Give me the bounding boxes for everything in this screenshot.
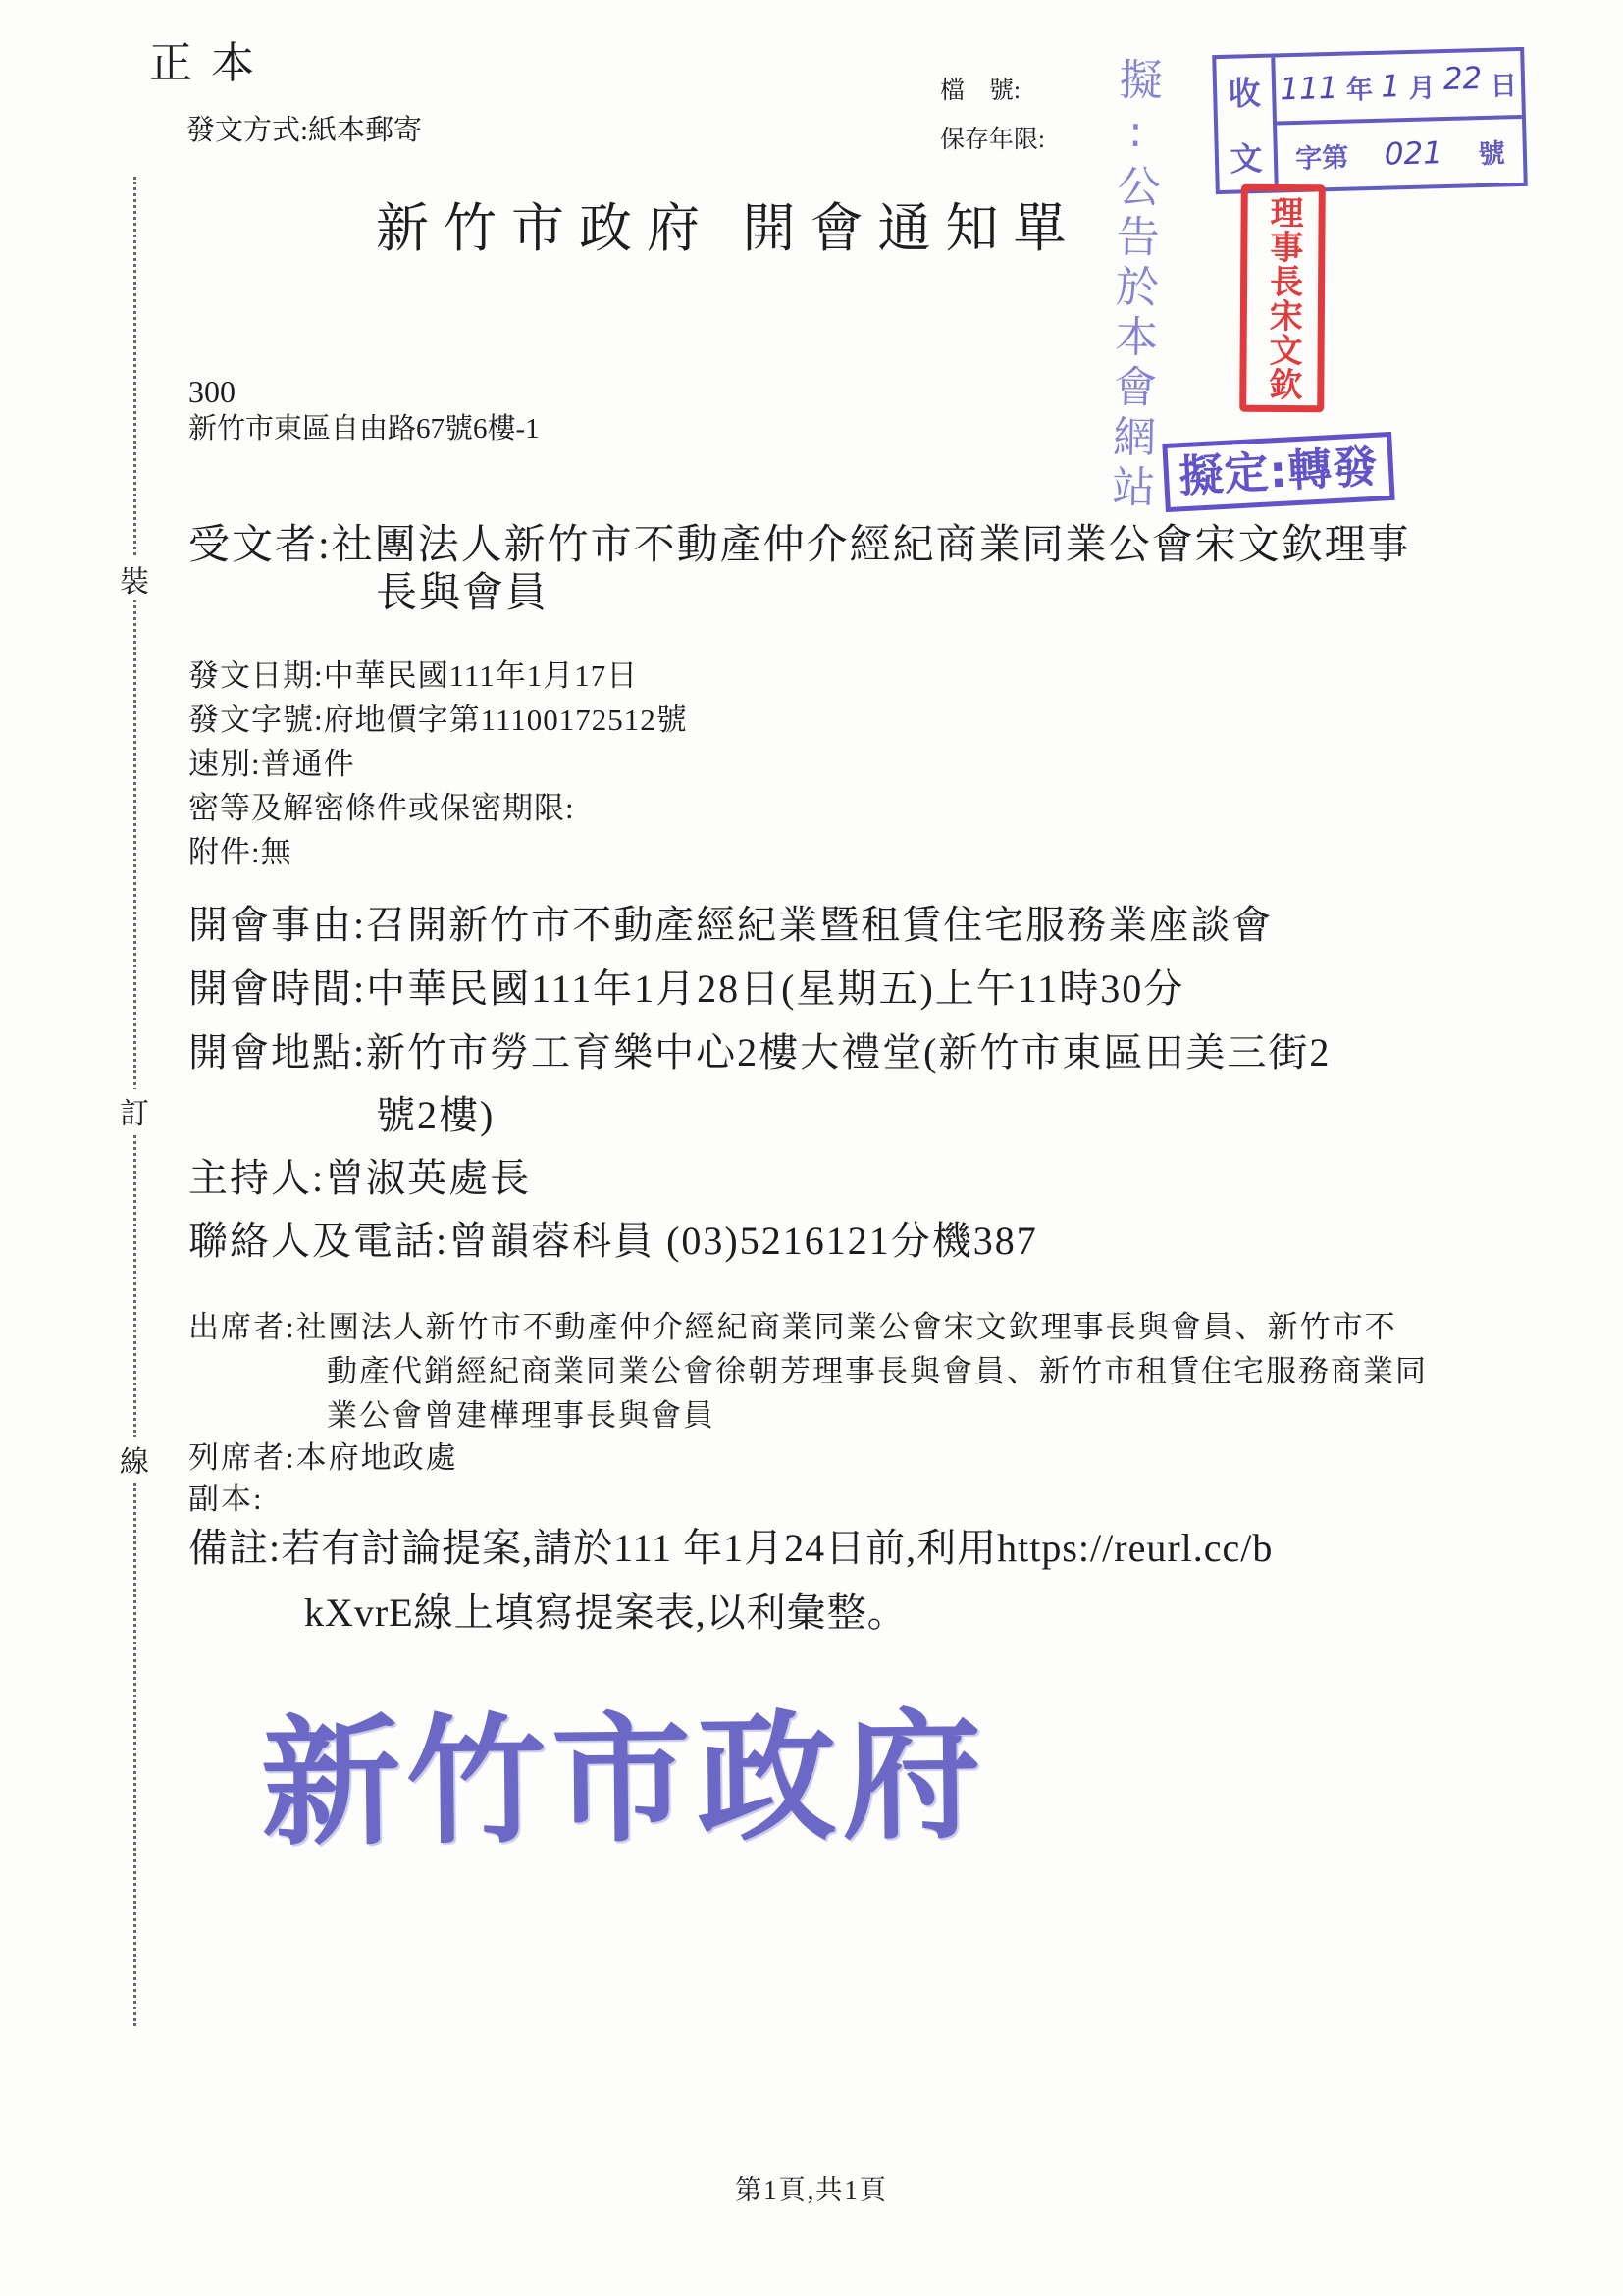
attachment-note: 附件:無 [188, 830, 688, 874]
receipt-stamp-date-row: 111 年 1 月 22 日 [1275, 51, 1522, 126]
receipt-stamp-label: 收 文 [1216, 58, 1278, 191]
recipient-line2: 長與會員 [376, 560, 549, 619]
page-number-footer: 第1頁,共1頁 [0, 2168, 1623, 2207]
binding-mark-ding: 訂 [108, 1089, 161, 1132]
chairman-name-seal: 理事長宋文欽 [1239, 184, 1326, 413]
receipt-year-value: 111 [1280, 70, 1338, 107]
receipt-date-stamp: 收 文 111 年 1 月 22 日 字第 021 號 [1212, 47, 1528, 194]
meeting-chairperson: 主持人:曾淑英處長 [188, 1147, 531, 1203]
meeting-location-line1: 開會地點:新竹市勞工育樂中心2樓大禮堂(新竹市東區田美三街2 [188, 1021, 1331, 1077]
postal-code: 300 [188, 374, 236, 410]
meeting-subject: 開會事由:召開新竹市不動產經紀業暨租賃住宅服務業座談會 [188, 894, 1273, 950]
copy-type-label: 正 本 [149, 27, 258, 90]
receipt-number-value: 021 [1384, 135, 1442, 173]
receipt-stamp-char-shou: 收 [1228, 68, 1261, 115]
document-number: 發文字號:府地價字第11100172512號 [188, 698, 688, 742]
receipt-stamp-char-wen: 文 [1230, 133, 1263, 181]
receipt-day-value: 22 [1442, 61, 1482, 97]
delivery-method-label: 發文方式:紙本郵寄 [186, 108, 422, 148]
recipient-line1: 受文者:社團法人新竹市不動產仲介經紀商業同業公會宋文欽理事 [188, 512, 1411, 571]
document-page: 裝 訂 線 正 本 發文方式:紙本郵寄 檔 號: 保存年限: 新竹市政府 開會通… [0, 0, 1623, 2296]
retention-period-label: 保存年限: [940, 120, 1045, 155]
document-title: 新竹市政府 開會通知單 [376, 186, 1081, 262]
cc-label: 副本: [188, 1474, 264, 1518]
attendees-line2: 動產代銷經紀商業同業公會徐朝芳理事長與會員、新竹市租賃住宅服務商業同 [327, 1346, 1428, 1390]
receipt-stamp-number-row: 字第 021 號 [1277, 119, 1524, 189]
observers-line: 列席者:本府地政處 [188, 1433, 458, 1477]
receipt-stamp-fields: 111 年 1 月 22 日 字第 021 號 [1275, 51, 1523, 188]
security-class: 密等及解密條件或保密期限: [188, 786, 688, 830]
handwritten-note-vertical: 擬:公告於本會網站 [1097, 56, 1168, 514]
meeting-location-line2: 號2樓) [376, 1084, 495, 1140]
receipt-day-label: 日 [1490, 64, 1517, 103]
meeting-time: 開會時間:中華民國111年1月28日(星期五)上午11時30分 [188, 958, 1184, 1014]
remarks-line1: 備註:若有討論提案,請於111 年1月24日前,利用https://reurl.… [188, 1517, 1273, 1573]
binding-mark-zhuang: 裝 [108, 557, 161, 600]
chairman-seal-text: 理事長宋文欽 [1258, 195, 1307, 401]
receipt-number-label: 號 [1478, 131, 1505, 171]
remarks-line2: kXvrE線上填寫提案表,以利彙整。 [304, 1582, 908, 1638]
contact-person-phone: 聯絡人及電話:曾韻蓉科員 (03)5216121分機387 [188, 1210, 1038, 1266]
receipt-month-value: 1 [1381, 69, 1401, 105]
document-meta-block: 發文日期:中華民國111年1月17日 發文字號:府地價字第11100172512… [188, 653, 688, 874]
attendees-line1: 出席者:社團法人新竹市不動產仲介經紀商業同業公會宋文欽理事長與會員、新竹市不 [188, 1302, 1397, 1346]
issue-date: 發文日期:中華民國111年1月17日 [188, 653, 688, 698]
receipt-month-label: 月 [1408, 66, 1436, 105]
decision-stamp: 擬定:轉發 [1162, 432, 1394, 512]
speed-class: 速別:普通件 [188, 742, 688, 786]
recipient-address: 新竹市東區自由路67號6樓-1 [188, 406, 540, 446]
government-seal-stamp: 新竹市政府 [260, 1664, 988, 1872]
file-number-label: 檔 號: [940, 71, 1021, 106]
receipt-year-label: 年 [1345, 68, 1373, 107]
receipt-word-label: 字第 [1295, 136, 1349, 176]
attendees-line3: 業公會曾建樺理事長與會員 [327, 1390, 715, 1435]
binding-mark-xian: 線 [108, 1437, 161, 1481]
